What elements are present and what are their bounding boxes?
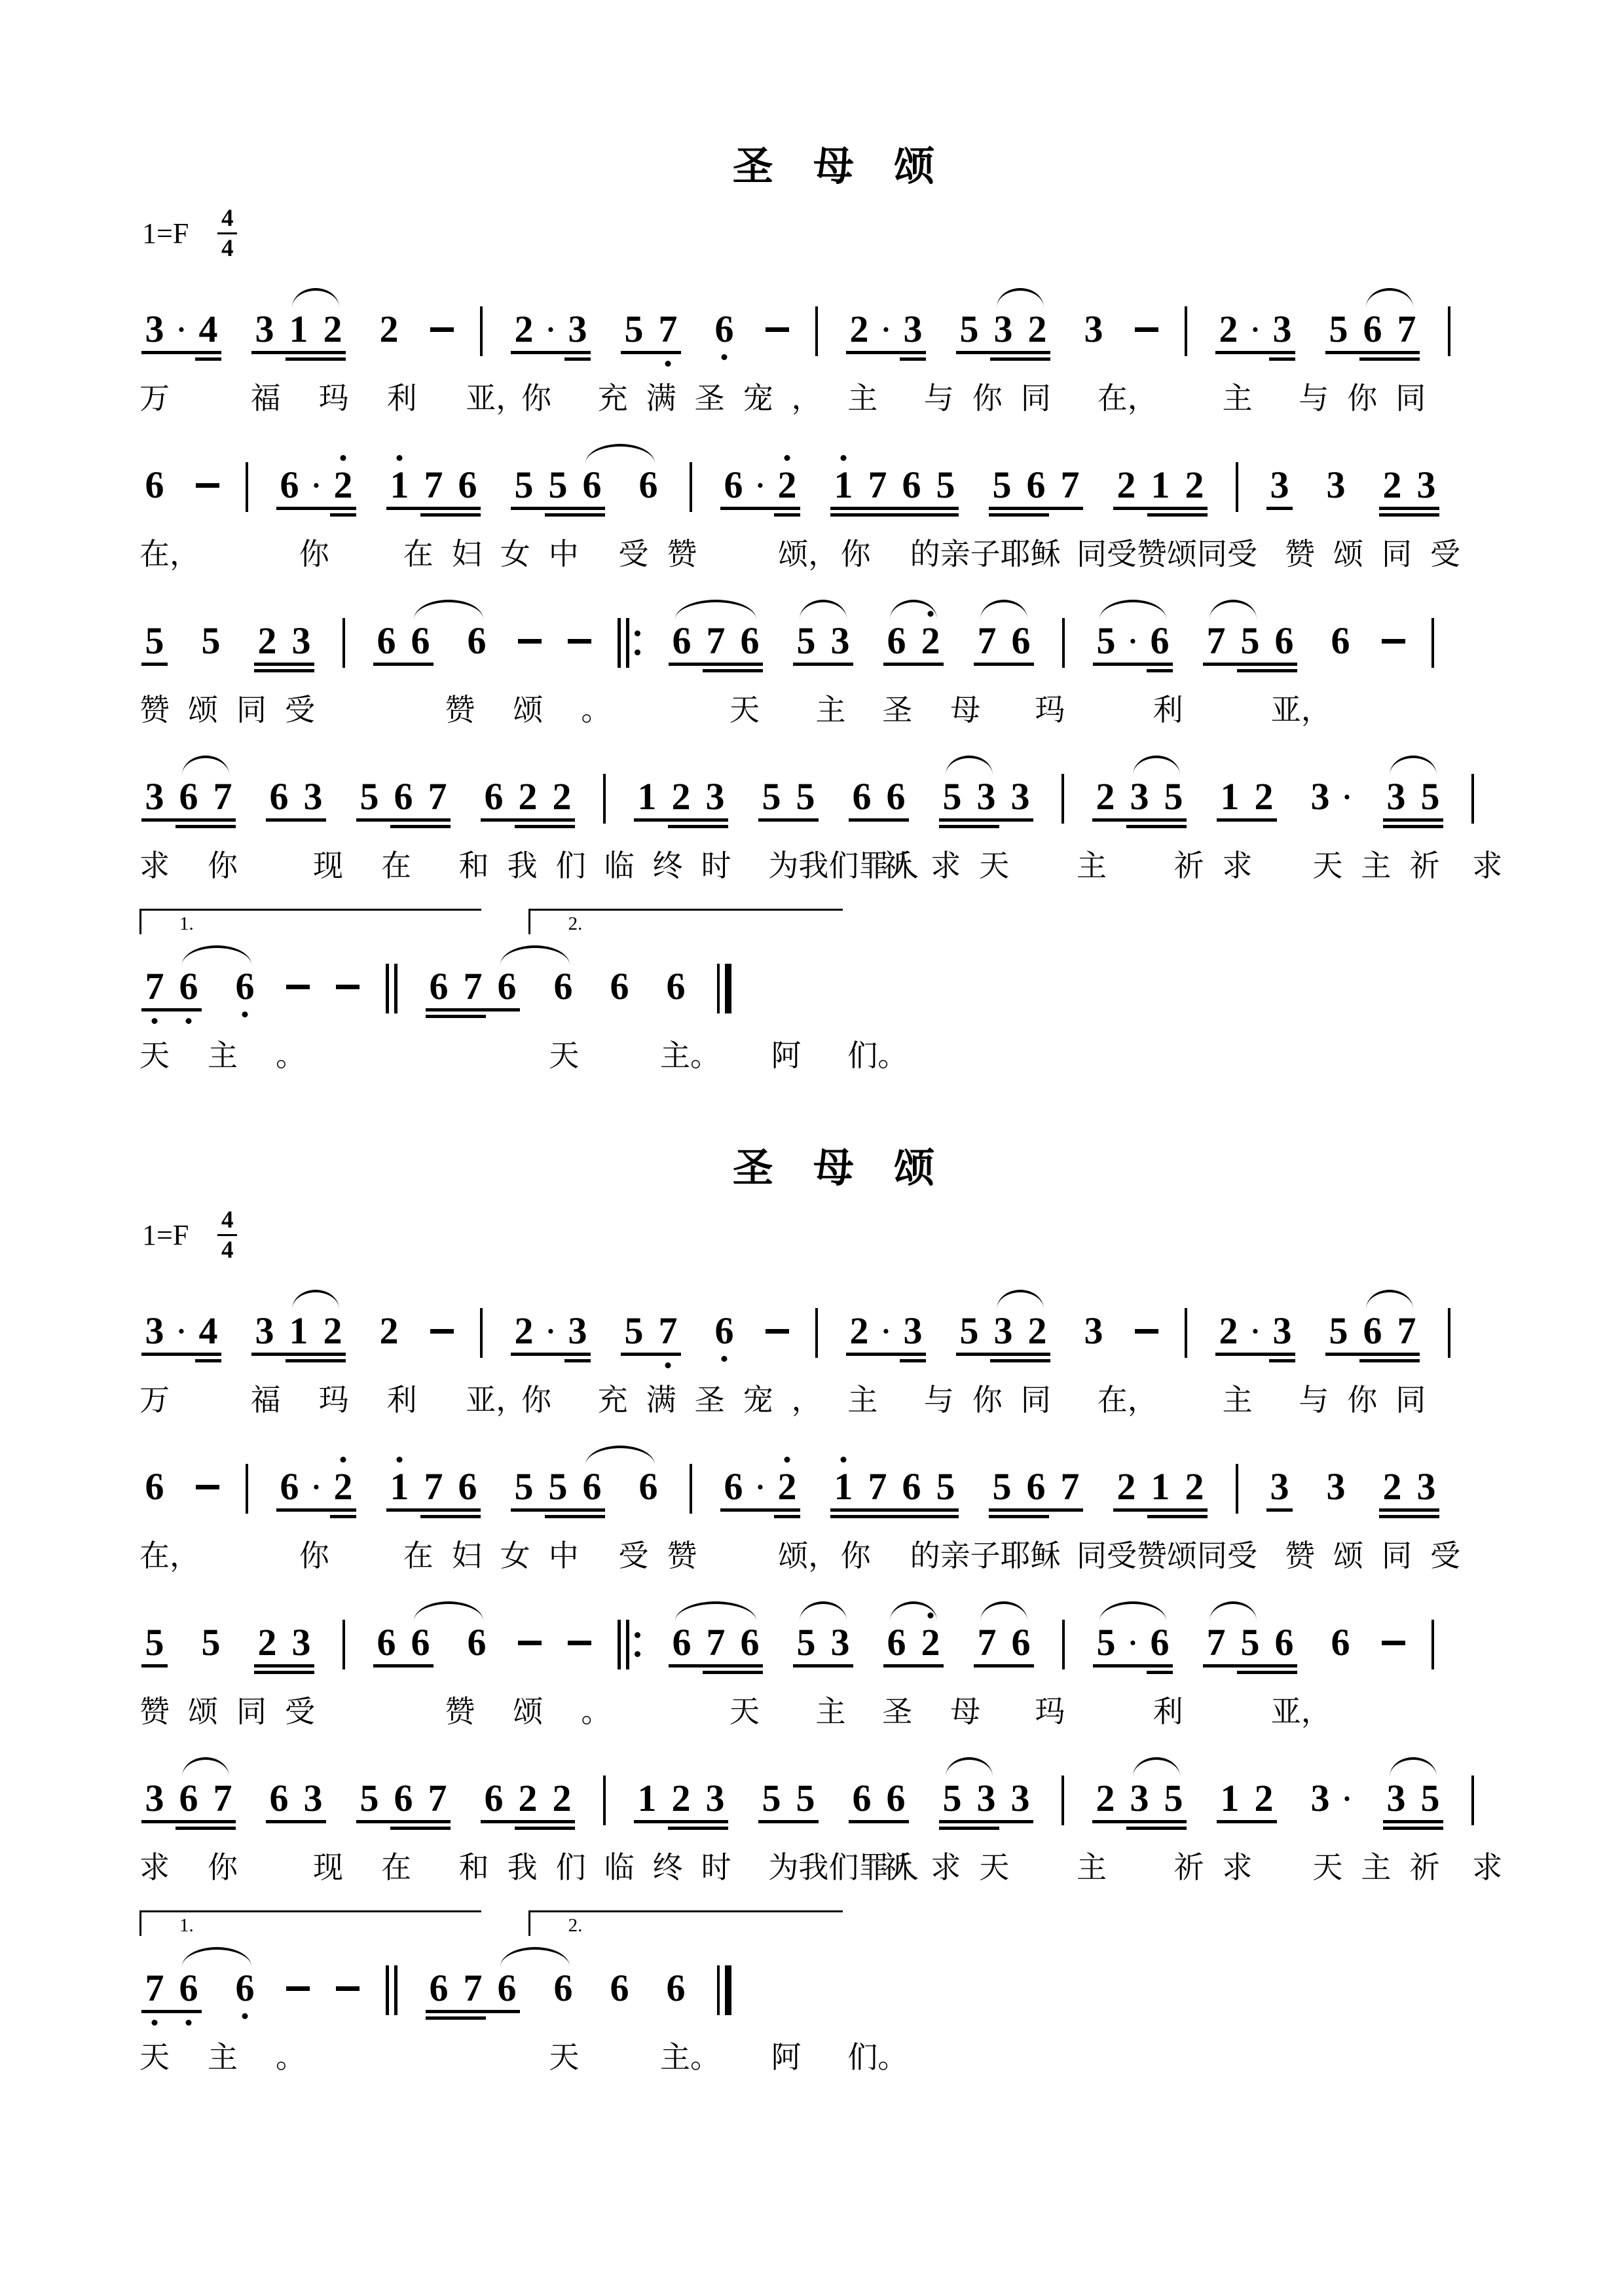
note-digit: 6 [141,1468,168,1506]
note-digit: 3 [141,1312,168,1350]
lyric-text: 利 [1153,1688,1183,1731]
dash-note [568,639,591,644]
beam-line [634,1820,728,1823]
note-digit: 6 [373,1624,399,1662]
note-digit: 7 [655,1312,681,1350]
note-digit: 6 [883,778,909,816]
note-digit: 3 [300,1779,326,1817]
note-digit: 3 [1307,778,1333,816]
beam-line [426,1008,520,1011]
beam-group: 23 [1377,1468,1441,1506]
beam-group: 567 [1323,310,1422,348]
beam-group: 3·4 [139,310,223,348]
note-digit: 5 [1160,1779,1187,1817]
lyric-text: 福玛利 [251,1376,455,1419]
note-digit: 3 [900,1312,926,1350]
beam-line-2 [1359,1359,1420,1362]
beam-line [1217,818,1277,822]
beam-line-2 [830,513,959,517]
beam-group: 6·2 [274,1468,358,1506]
note-digit: 6 [175,1779,202,1817]
notation-area: 3·431222·35762·353232·3567万福玛利亚，你充满圣宠，主与… [139,282,1528,1079]
lyric-text: 主 [815,1688,845,1731]
note-digit: 7 [1393,310,1420,348]
beam-line [846,351,926,354]
note-digit: 5 [511,1468,537,1506]
note-digit: 6 [1008,622,1034,660]
beam-line [1266,1508,1293,1512]
octave-dot-high [341,1457,346,1463]
music-system: 3·431222·35762·353232·3567万福玛利亚，你充满圣宠，主与… [139,282,1528,422]
barline [246,1464,248,1514]
note-digit: 6 [1147,622,1173,660]
beam-group: 2·3 [509,1312,593,1350]
beam-group: 6 [462,1624,492,1662]
beam-line-2 [564,1359,591,1362]
lyric-text: 天 [729,686,760,729]
lyric-text: 充满圣宠， [598,1376,840,1419]
note-digit: 6 [1023,1468,1049,1506]
note-digit: 6 [898,466,925,504]
beam-group: 756 [1201,1624,1299,1662]
beam-line-2 [426,1015,486,1018]
note-digit: 6 [711,1312,737,1350]
note-digit: 2 [1113,466,1139,504]
beam-line-2 [1126,1827,1187,1830]
beam-group: 2·3 [1213,310,1297,348]
beam-line [621,351,681,354]
lyric-row: 赞颂同受赞颂。天主圣母玛利亚， [139,1688,1528,1735]
note-digit: 5 [956,310,982,348]
beam-line [1093,1664,1173,1667]
slur-arc [890,1601,937,1621]
lyric-text: 阿 [771,1032,802,1075]
lyric-text: 玛 [1035,1688,1065,1731]
note-digit: 6 [663,1969,689,2007]
slur-arc [890,600,937,619]
note-digit: 3 [1126,778,1153,816]
note-digit: 6 [232,1969,258,2007]
beam-group: 63 [264,778,328,816]
volta-label: 2. [568,913,583,935]
lyric-text: 颂， [778,530,838,574]
beam-group: 66 [847,778,911,816]
note-digit: 6 [635,466,661,504]
slur-arc [1133,1757,1180,1777]
beam-line [386,507,481,510]
note-digit: 7 [974,1624,1000,1662]
note-digit: 2 [1092,778,1118,816]
note-digit: 3 [141,1779,168,1817]
beam-group: 12 [1215,778,1279,816]
beam-line [846,1353,926,1356]
note-digit: 6 [1271,1624,1297,1662]
beam-group: 62 [881,622,946,660]
note-digit: 3 [827,1624,853,1662]
music-system: 367635676221235566533235123·35求你现在和我们临终时… [139,749,1528,889]
beam-line [266,818,326,822]
note-digit: 4 [195,1312,221,1350]
beam-line-2 [1383,1827,1443,1830]
music-system: 367635676221235566533235123·35求你现在和我们临终时… [139,1751,1528,1891]
lyric-row: 万福玛利亚，你充满圣宠，主与你同在，主与你同 [139,1376,1528,1423]
beam-group: 6 [633,466,663,504]
barline [1185,1308,1187,1358]
note-digit: 7 [460,1969,486,2007]
beam-group: 6 [1325,622,1356,660]
note-digit: 6 [1359,1312,1386,1350]
lyric-text: 主 [847,374,877,418]
note-digit: 2 [1092,1779,1118,1817]
barline [815,1308,818,1358]
note-digit: 6 [663,968,689,1006]
note-digit: 2 [668,1779,694,1817]
note-digit: 2 [549,1779,575,1817]
octave-dot-high [841,1457,847,1463]
beam-line-2 [1379,513,1439,517]
note-digit: 3 [1266,1468,1293,1506]
augmentation-dot: · [175,310,187,348]
beam-group: 3· [1305,1779,1355,1817]
dash-note [430,327,454,332]
note-digit: 6 [454,466,481,504]
note-digit: 2 [330,466,356,504]
note-digit: 6 [849,1779,875,1817]
meter-denominator: 4 [221,1238,234,1262]
notation-row: 766676666 [139,939,1528,1030]
note-digit: 2 [774,466,800,504]
note-digit: 1 [386,1468,413,1506]
lyric-text: 颂， [778,1532,838,1575]
note-digit: 6 [1359,310,1386,348]
note-digit: 2 [917,622,944,660]
beam-line [1383,1820,1443,1823]
beam-group: 23 [252,622,316,660]
note-digit: 5 [758,1779,784,1817]
beam-line-2 [1269,1359,1295,1362]
note-digit: 6 [454,1468,481,1506]
lyric-text: 亚， [1271,1688,1331,1731]
beam-group: 622 [479,778,577,816]
note-digit: 3 [702,1779,728,1817]
volta-bracket: 2. [528,1910,843,1936]
lyric-text: 受赞 [618,1532,715,1575]
beam-group: 567 [987,466,1085,504]
note-digit: 3 [1007,778,1033,816]
note-digit: 2 [1251,778,1277,816]
note-digit: 2 [254,1624,280,1662]
lyric-text: 充满圣宠， [598,374,840,418]
beam-group: 567 [354,778,452,816]
lyric-text: 主 [815,686,845,729]
lyric-text: 万 [139,1376,170,1419]
lyric-text: 们。 [847,2033,908,2077]
note-digit: 6 [1327,622,1354,660]
beam-group: 5·6 [1091,622,1175,660]
note-digit: 1 [830,1468,857,1506]
note-digit: 6 [481,778,507,816]
note-digit: 6 [276,1468,303,1506]
augmentation-dot: · [545,310,557,348]
beam-line-2 [286,1359,346,1362]
beam-group: 55 [756,1779,821,1817]
beam-line-2 [668,825,728,828]
note-digit: 5 [939,1779,965,1817]
octave-dot-high [784,455,790,461]
lyric-text: 在， [139,1532,200,1575]
note-digit: 6 [464,1624,490,1662]
barline [1236,462,1238,512]
augmentation-dot: · [880,310,892,348]
lyric-text: 同受赞颂同受 [1077,1532,1257,1575]
note-digit: 5 [1160,778,1187,816]
beam-group: 2 [374,310,404,348]
beam-group: 6 [139,466,170,504]
beam-line-2 [390,825,451,828]
beam-line [1203,663,1297,666]
beam-line [373,663,434,666]
note-digit: 6 [635,1468,661,1506]
notation-row: 367635676221235566533235123·35 [139,749,1528,841]
barline [386,964,397,1013]
note-digit: 6 [883,1779,909,1817]
beam-line [356,818,451,822]
song-sheet-copy-1: 圣 母 颂 1=F 4 4 3·431222·35762·353232·3567… [139,143,1528,1095]
beam-line [989,507,1083,510]
beam-line [511,507,605,510]
lyric-row: 万福玛利亚，你充满圣宠，主与你同在，主与你同 [139,374,1528,422]
lyric-text: 赞颂同受 [139,686,333,729]
octave-dot-low [722,1356,728,1362]
notation-row: 66·217655666·217655672123323 [139,437,1528,529]
note-digit: 5 [621,310,647,348]
note-digit: 5 [141,1624,168,1662]
barline [1431,618,1434,668]
meter-numerator: 4 [221,1208,234,1232]
beam-line-2 [1237,1671,1297,1674]
beam-line [254,1664,314,1667]
key-label: 1=F [142,217,189,250]
key-signature-row: 1=F 4 4 [142,1203,1528,1266]
note-digit: 5 [989,1468,1015,1506]
note-digit: 3 [300,778,326,816]
note-digit: 5 [956,1312,982,1350]
lyric-text: 和我们临终时 [459,1844,750,1887]
beam-group: 6·2 [718,1468,802,1506]
slur-arc [182,756,229,775]
dash-note [1382,1641,1405,1645]
note-digit: 5 [932,466,959,504]
lyric-row: 赞颂同受赞颂。天主圣母玛利亚， [139,686,1528,733]
beam-group: 57 [619,310,683,348]
beam-group: 533 [937,1779,1035,1817]
beam-group: 556 [509,466,607,504]
beam-line [939,818,1033,822]
note-digit: 6 [232,968,258,1006]
lyric-text: 与你同 [1299,374,1444,418]
note-digit: 7 [141,1969,168,2007]
octave-dot-high [341,455,346,461]
beam-line [1093,663,1173,666]
beam-line-2 [564,357,591,361]
volta-row: 1.2. [139,1906,1528,1939]
note-digit: 2 [1215,310,1242,348]
note-digit: 5 [198,622,224,660]
lyric-row: 求你现在和我们临终时为我们罪人祈求天主祈求天主祈求 [139,842,1528,889]
lyric-text: 在妇女中 [403,1532,597,1575]
dash-note [766,327,789,332]
beam-line-2 [515,825,575,828]
octave-dot-high [397,455,403,461]
note-digit: 1 [1147,466,1173,504]
note-digit: 3 [1323,466,1349,504]
lyric-text: 在， [1098,374,1158,418]
octave-dot-low [186,1018,192,1024]
beam-group: 3·4 [139,1312,223,1350]
beam-line [141,1008,202,1011]
volta-bracket: 1. [139,909,481,934]
beam-group: 6 [633,1468,663,1506]
octave-dot-high [397,1457,403,1463]
time-signature: 4 4 [217,1208,237,1262]
beam-line [141,1353,221,1356]
lyric-text: 主。 [660,2033,720,2077]
beam-group: 6 [1325,1624,1356,1662]
slur-arc [1366,1290,1413,1309]
slur-arc [675,600,756,619]
note-digit: 7 [655,310,681,348]
barline [1471,774,1474,824]
beam-line [141,1664,168,1667]
music-system: 3·431222·35762·353232·3567万福玛利亚，你充满圣宠，主与… [139,1283,1528,1423]
beam-group: 622 [479,1779,577,1817]
beam-line [830,507,959,510]
note-digit: 2 [254,622,280,660]
beam-group: 35 [1381,778,1445,816]
note-digit: 2 [320,310,346,348]
beam-line [511,1508,605,1512]
beam-line-2 [175,825,236,828]
beam-line-2 [1269,357,1295,361]
slur-arc [292,288,339,308]
note-digit: 2 [1215,1312,1242,1350]
beam-line-2 [195,357,221,361]
beam-group: 6 [661,968,691,1006]
beam-group: 2·3 [844,1312,928,1350]
lyric-text: 玛 [1035,686,1065,729]
barline [342,618,345,668]
note-digit: 6 [175,1969,202,2007]
meter-numerator: 4 [221,206,234,230]
note-digit: 2 [1379,466,1405,504]
note-digit: 3 [1007,1779,1033,1817]
beam-line-2 [254,1671,314,1674]
note-digit: 2 [320,1312,346,1350]
barline [1061,1776,1064,1825]
dash-note [196,483,219,488]
note-digit: 3 [1080,310,1107,348]
beam-group: 35 [1381,1779,1445,1817]
beam-line [251,351,346,354]
beam-line [669,1664,763,1667]
lyric-text: 在妇女中 [403,530,597,574]
note-digit: 7 [141,968,168,1006]
beam-group: 176 [384,1468,483,1506]
note-digit: 7 [1203,1624,1229,1662]
beam-group: 235 [1090,1779,1189,1817]
note-digit: 6 [1327,1624,1354,1662]
note-digit: 7 [460,968,486,1006]
note-digit: 1 [386,466,413,504]
note-digit: 6 [1008,1624,1034,1662]
note-digit: 2 [1024,1312,1050,1350]
octave-dot-high [784,1457,790,1463]
note-digit: 7 [1393,1312,1420,1350]
lyric-text: 圣母 [882,686,1018,729]
music-system: 66·217655666·217655672123323在，你在妇女中受赞颂，你… [139,437,1528,577]
note-digit: 3 [990,1312,1016,1350]
lyric-text: 天 [549,2033,579,2077]
notation-row: 55236666765362765·67566 [139,593,1528,685]
beam-line [141,1820,236,1823]
beam-group: 532 [954,1312,1052,1350]
beam-group: 3· [1305,778,1355,816]
lyric-row: 天主。天主。阿们。 [139,2033,1528,2081]
lyric-text: 求你 [139,1844,276,1887]
note-digit: 6 [669,1624,695,1662]
note-digit: 2 [330,1468,356,1506]
beam-line [720,1508,800,1512]
beam-line-2 [989,513,1049,517]
lyric-text: 亚， [1271,686,1331,729]
beam-group: 57 [619,1312,683,1350]
beam-group: 123 [632,1779,730,1817]
beam-line-2 [1147,1515,1208,1518]
note-digit: 7 [974,622,1000,660]
beam-group: 76 [972,1624,1036,1662]
note-digit: 6 [464,622,490,660]
beam-group: 532 [954,310,1052,348]
beam-line-2 [1237,669,1297,672]
note-digit: 5 [198,1624,224,1662]
beam-group: 123 [632,778,730,816]
beam-line-2 [420,513,481,517]
barline [618,1620,640,1669]
beam-group: 55 [756,778,821,816]
slur-arc [1209,1601,1257,1621]
lyric-text: 亚， [466,1376,526,1419]
note-digit: 5 [793,622,819,660]
note-digit: 7 [703,1624,729,1662]
note-digit: 6 [266,778,292,816]
repeat-dots [635,1620,640,1669]
barline [1448,1308,1450,1358]
note-digit: 7 [864,1468,891,1506]
beam-line-2 [254,669,314,672]
note-digit: 2 [1024,310,1050,348]
beam-group: 235 [1090,778,1189,816]
beam-group: 6 [230,968,260,1006]
beam-line-2 [545,1515,605,1518]
beam-line [1383,818,1443,822]
beam-line [1217,1820,1277,1823]
note-digit: 3 [973,778,999,816]
beam-line-2 [1147,513,1208,517]
song-title: 圣 母 颂 [139,1144,1528,1192]
note-digit: 5 [792,778,819,816]
beam-group: 1765 [828,1468,961,1506]
note-digit: 2 [376,1312,402,1350]
